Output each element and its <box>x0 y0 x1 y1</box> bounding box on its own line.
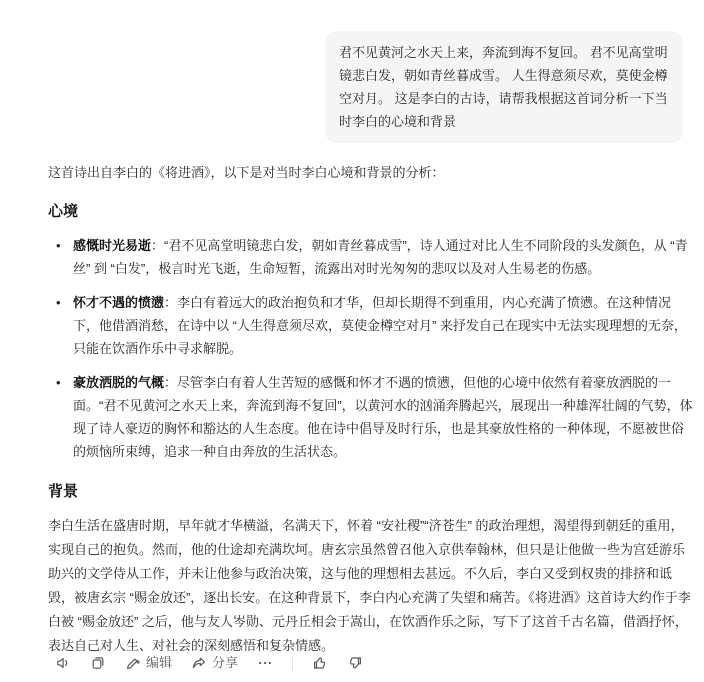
toolbar-divider <box>292 656 293 670</box>
bullet-text: ：李白有着远大的政治抱负和才华，但却长期得不到重用，内心充满了愤懑。在这种情况下… <box>73 295 687 356</box>
list-item: 怀才不遇的愤懑：李白有着远大的政治抱负和才华，但却长期得不到重用，内心充满了愤懑… <box>48 291 694 360</box>
speaker-icon <box>55 655 71 671</box>
mindset-list: 感慨时光易逝：“君不见高堂明镜悲白发，朝如青丝暮成雪”，诗人通过对比人生不同阶段… <box>48 234 694 463</box>
bullet-label: 感慨时光易逝 <box>73 238 151 253</box>
copy-icon <box>90 655 106 671</box>
edit-button[interactable]: 编辑 <box>125 655 172 671</box>
thumbs-down-button[interactable] <box>347 655 363 671</box>
pencil-icon <box>125 655 141 671</box>
section-heading-background: 背景 <box>48 483 694 500</box>
list-item: 感慨时光易逝：“君不见高堂明镜悲白发，朝如青丝暮成雪”，诗人通过对比人生不同阶段… <box>48 234 694 280</box>
copy-button[interactable] <box>90 655 106 671</box>
read-aloud-button[interactable] <box>55 655 71 671</box>
more-dots-icon <box>257 655 273 671</box>
share-button-label: 分享 <box>212 655 238 671</box>
response-intro: 这首诗出自李白的《将进酒》，以下是对当时李白心境和背景的分析： <box>48 163 694 183</box>
background-paragraph: 李白生活在盛唐时期，早年就才华横溢，名满天下，怀着 “安社稷”“济苍生” 的政治… <box>48 514 694 658</box>
more-button[interactable] <box>257 655 273 671</box>
assistant-response: 这首诗出自李白的《将进酒》，以下是对当时李白心境和背景的分析： 心境 感慨时光易… <box>48 163 694 658</box>
edit-button-label: 编辑 <box>146 655 172 671</box>
bullet-label: 豪放洒脱的气概 <box>73 375 164 390</box>
thumbs-up-button[interactable] <box>312 655 328 671</box>
list-item: 豪放洒脱的气概：尽管李白有着人生苦短的感慨和怀才不遇的愤懑，但他的心境中依然有着… <box>48 371 694 463</box>
user-message-text: 君不见黄河之水天上来，奔流到海不复回。 君不见高堂明镜悲白发，朝如青丝暮成雪。 … <box>339 45 668 129</box>
share-icon <box>191 655 207 671</box>
user-message-bubble: 君不见黄河之水天上来，奔流到海不复回。 君不见高堂明镜悲白发，朝如青丝暮成雪。 … <box>325 31 683 143</box>
bullet-label: 怀才不遇的愤懑 <box>73 295 164 310</box>
bullet-text: ：尽管李白有着人生苦短的感慨和怀才不遇的愤懑，但他的心境中依然有着豪放洒脱的一面… <box>73 375 693 459</box>
message-toolbar: 编辑 分享 <box>55 652 363 674</box>
chat-window: 君不见黄河之水天上来，奔流到海不复回。 君不见高堂明镜悲白发，朝如青丝暮成雪。 … <box>0 0 704 682</box>
section-heading-mindset: 心境 <box>48 203 694 220</box>
share-button[interactable]: 分享 <box>191 655 238 671</box>
bullet-text: ：“君不见高堂明镜悲白发，朝如青丝暮成雪”，诗人通过对比人生不同阶段的头发颜色，… <box>73 238 688 276</box>
thumbs-up-icon <box>312 655 328 671</box>
thumbs-down-icon <box>347 655 363 671</box>
